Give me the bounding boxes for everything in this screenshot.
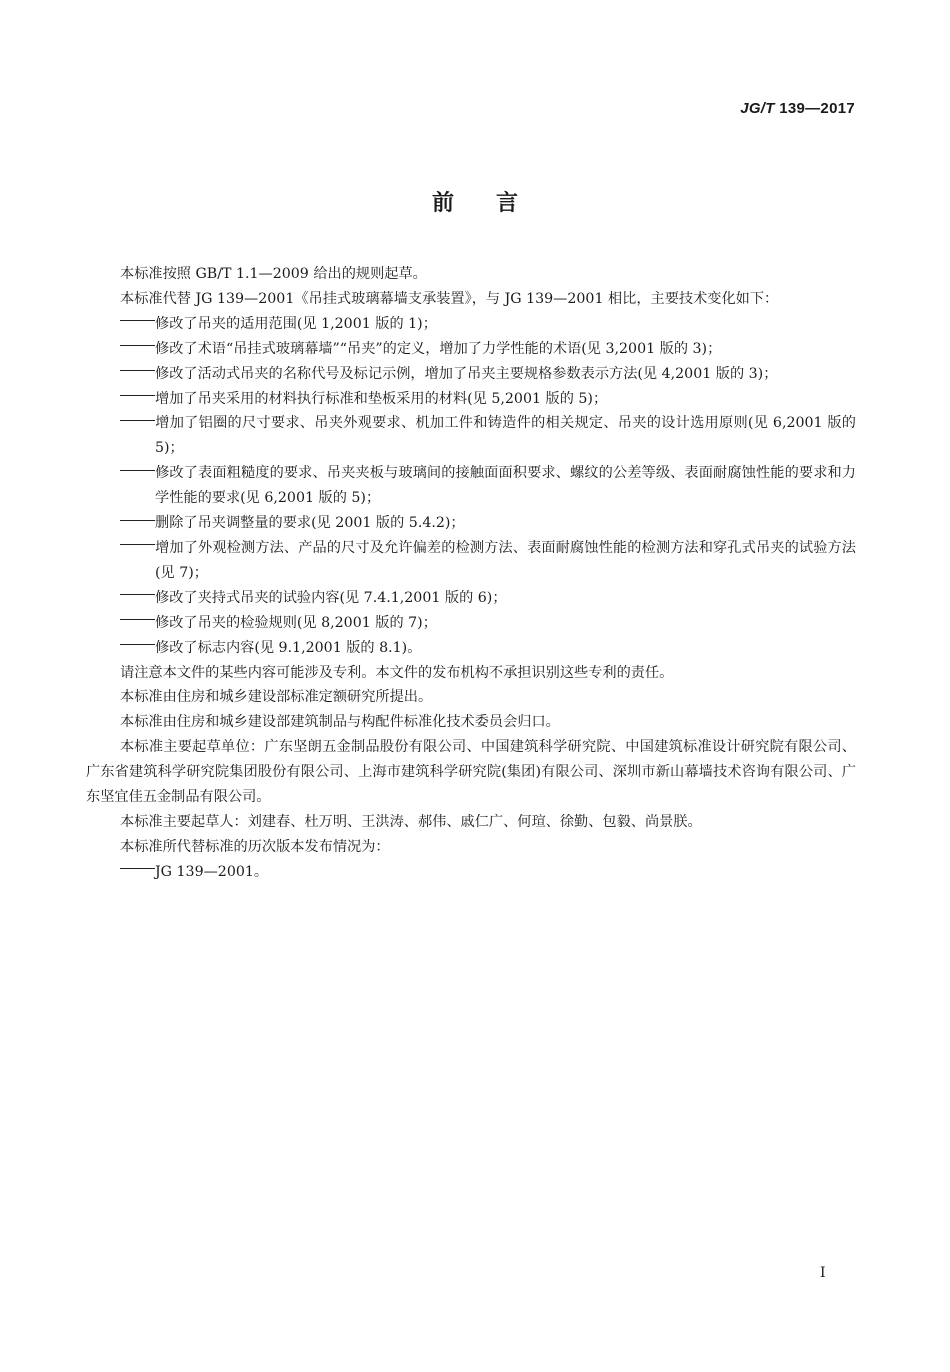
dash-marker bbox=[120, 544, 155, 545]
dash-marker bbox=[120, 395, 155, 396]
list-item: 修改了术语“吊挂式玻璃幕墙”“吊夹”的定义，增加了力学性能的术语(见 3,200… bbox=[120, 337, 856, 362]
history-item: JG 139—2001。 bbox=[120, 860, 856, 885]
standard-code-prefix: JG/T bbox=[740, 100, 775, 117]
dash-marker bbox=[120, 320, 155, 321]
page-title: 前言 bbox=[0, 186, 950, 217]
dash-marker bbox=[120, 420, 155, 421]
changes-list: 修改了吊夹的适用范围(见 1,2001 版的 1)； 修改了术语“吊挂式玻璃幕墙… bbox=[86, 312, 856, 661]
list-item: 修改了活动式吊夹的名称代号及标记示例，增加了吊夹主要规格参数表示方法(见 4,2… bbox=[120, 362, 856, 387]
page-number: I bbox=[820, 1265, 826, 1281]
drafters: 本标准主要起草人：刘建春、杜万明、王洪涛、郝伟、戚仁广、何瑄、徐勤、包毅、尚景朕… bbox=[86, 810, 856, 835]
dash-marker bbox=[120, 520, 155, 521]
standard-code: JG/T 139—2017 bbox=[740, 100, 855, 117]
history-intro: 本标准所代替标准的历次版本发布情况为： bbox=[86, 835, 856, 860]
dash-marker bbox=[120, 644, 155, 645]
dash-marker bbox=[120, 619, 155, 620]
list-item: 修改了表面粗糙度的要求、吊夹夹板与玻璃间的接触面面积要求、螺纹的公差等级、表面耐… bbox=[120, 461, 856, 511]
list-item: 修改了吊夹的检验规则(见 8,2001 版的 7)； bbox=[120, 611, 856, 636]
list-item: 增加了吊夹采用的材料执行标准和垫板采用的材料(见 5,2001 版的 5)； bbox=[120, 387, 856, 412]
standard-code-number: 139—2017 bbox=[775, 100, 855, 117]
proposed-by: 本标准由住房和城乡建设部标准定额研究所提出。 bbox=[86, 685, 856, 710]
list-item: 删除了吊夹调整量的要求(见 2001 版的 5.4.2)； bbox=[120, 511, 856, 536]
list-item: 增加了铝圈的尺寸要求、吊夹外观要求、机加工件和铸造件的相关规定、吊夹的设计选用原… bbox=[120, 411, 856, 461]
dash-marker bbox=[120, 868, 155, 869]
list-item: 修改了标志内容(见 9.1,2001 版的 8.1)。 bbox=[120, 636, 856, 661]
drafting-units: 本标准主要起草单位：广东坚朗五金制品股份有限公司、中国建筑科学研究院、中国建筑标… bbox=[86, 735, 856, 810]
dash-marker bbox=[120, 470, 155, 471]
dash-marker bbox=[120, 345, 155, 346]
list-item: 修改了吊夹的适用范围(见 1,2001 版的 1)； bbox=[120, 312, 856, 337]
managed-by: 本标准由住房和城乡建设部建筑制品与构配件标准化技术委员会归口。 bbox=[86, 710, 856, 735]
list-item: 增加了外观检测方法、产品的尺寸及允许偏差的检测方法、表面耐腐蚀性能的检测方法和穿… bbox=[120, 536, 856, 586]
dash-marker bbox=[120, 594, 155, 595]
patent-notice: 请注意本文件的某些内容可能涉及专利。本文件的发布机构不承担识别这些专利的责任。 bbox=[86, 661, 856, 686]
foreword-body: 本标准按照 GB/T 1.1—2009 给出的规则起草。 本标准代替 JG 13… bbox=[86, 262, 856, 885]
dash-marker bbox=[120, 370, 155, 371]
paragraph-drafting-rules: 本标准按照 GB/T 1.1—2009 给出的规则起草。 bbox=[86, 262, 856, 287]
paragraph-replaces: 本标准代替 JG 139—2001《吊挂式玻璃幕墙支承装置》，与 JG 139—… bbox=[86, 287, 856, 312]
list-item: 修改了夹持式吊夹的试验内容(见 7.4.1,2001 版的 6)； bbox=[120, 586, 856, 611]
